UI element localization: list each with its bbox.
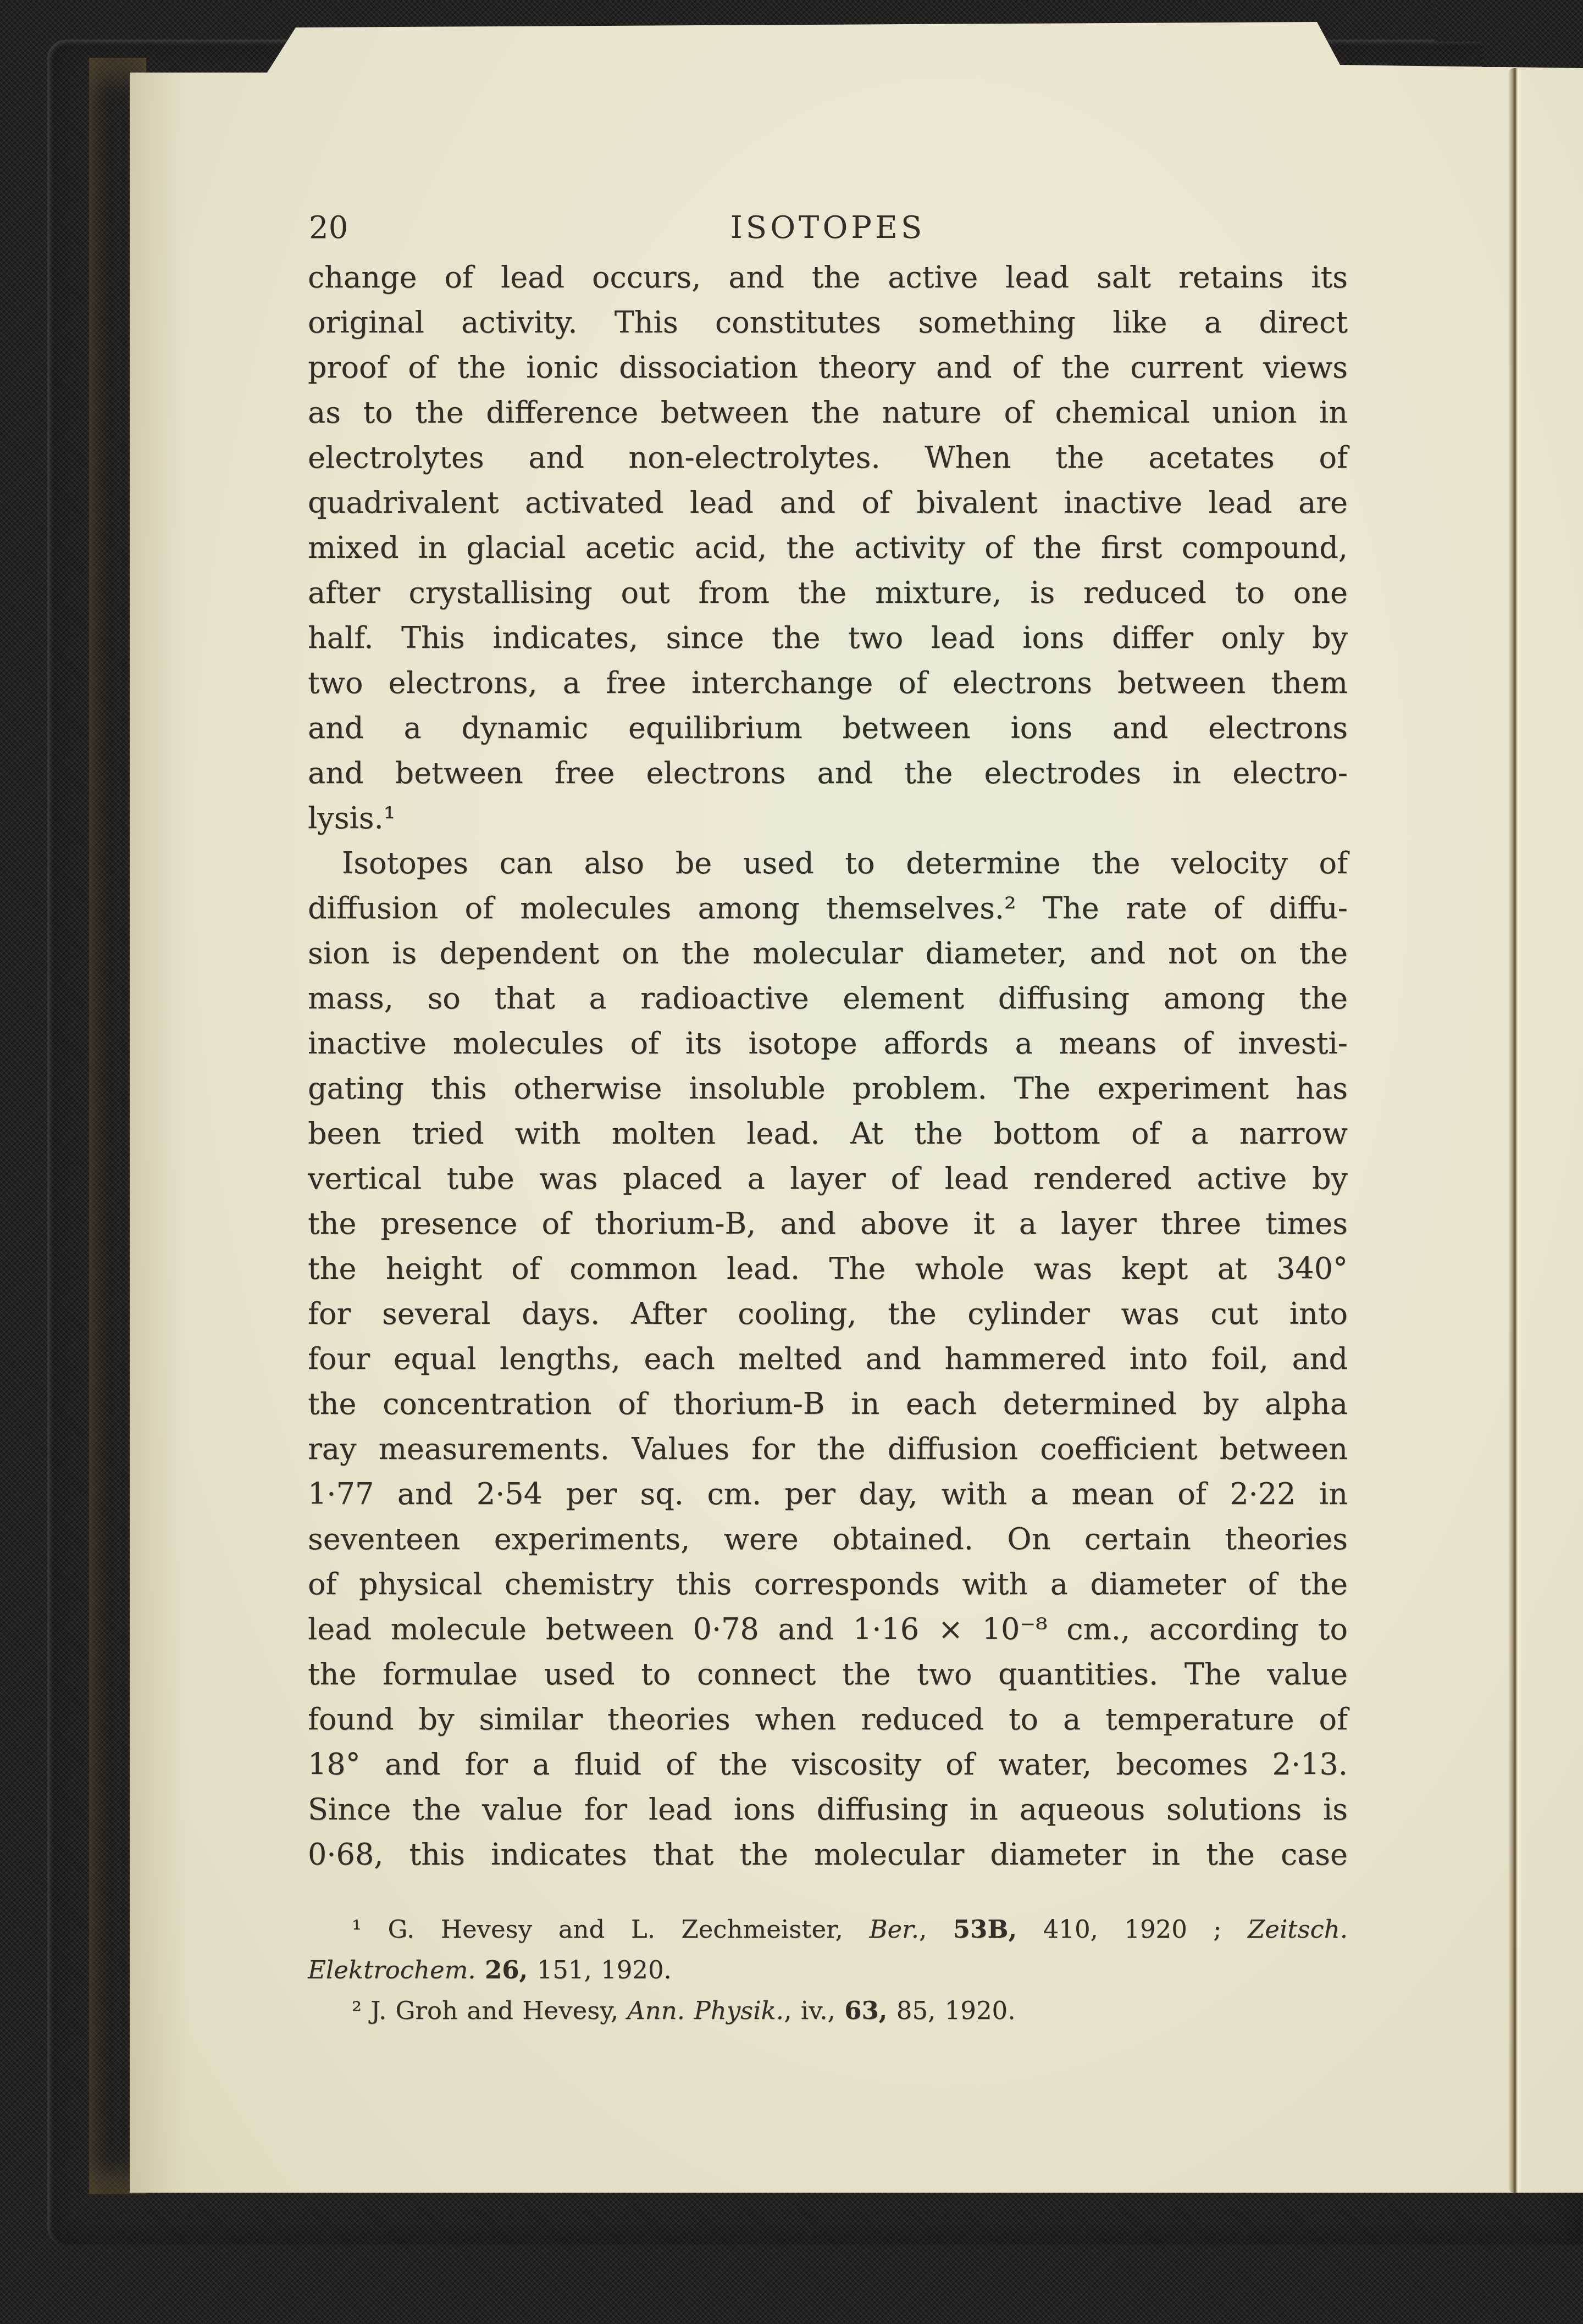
page-header: 20 ISOTOPES [308, 210, 1348, 255]
footnote-text-segment: ¹ G. Hevesy and L. Zechmeister, [352, 1915, 869, 1944]
body-line: after crystallising out from the mixture… [308, 570, 1348, 615]
footnote-text-segment: 53B, [953, 1915, 1017, 1944]
footnotes: ¹ G. Hevesy and L. Zechmeister, Ber., 53… [308, 1909, 1348, 2031]
footnote-text-segment: Elektrochem. [308, 1955, 476, 1984]
footnote-text-segment: Zeitsch. [1248, 1915, 1348, 1944]
body-line: Isotopes can also be used to determine t… [308, 841, 1348, 886]
footnote-text-segment: 63, [844, 1996, 887, 2025]
body-line: lead molecule between 0·78 and 1·16 × 10… [308, 1607, 1348, 1652]
body-line: proof of the ionic dissociation theory a… [308, 345, 1348, 390]
body-line: Since the value for lead ions diffusing … [308, 1787, 1348, 1832]
body-line: mixed in glacial acetic acid, the activi… [308, 525, 1348, 570]
page-content: 20 ISOTOPES change of lead occurs, and t… [308, 210, 1348, 2031]
body-line: as to the difference between the nature … [308, 390, 1348, 435]
body-line: diffusion of molecules among themselves.… [308, 886, 1348, 931]
body-line: seventeen experiments, were obtained. On… [308, 1517, 1348, 1562]
footnote-text-segment: 26, [485, 1955, 528, 1984]
page-crease [1508, 68, 1523, 2193]
footnote-text-segment: Ann. Physik. [627, 1996, 784, 2025]
body-line: the height of common lead. The whole was… [308, 1246, 1348, 1291]
body-line: 18° and for a fluid of the viscosity of … [308, 1742, 1348, 1787]
body-line: 1·77 and 2·54 per sq. cm. per day, with … [308, 1472, 1348, 1517]
body-line: vertical tube was placed a layer of lead… [308, 1156, 1348, 1201]
running-head: ISOTOPES [308, 210, 1348, 246]
body-line: inactive molecules of its isotope afford… [308, 1021, 1348, 1066]
body-text: change of lead occurs, and the active le… [308, 255, 1348, 1877]
body-line: and between free electrons and the elect… [308, 751, 1348, 796]
body-line: of physical chemistry this corresponds w… [308, 1562, 1348, 1607]
body-line: two electrons, a free interchange of ele… [308, 661, 1348, 706]
footnote-line: ¹ G. Hevesy and L. Zechmeister, Ber., 53… [308, 1909, 1348, 1950]
paragraph: Isotopes can also be used to determine t… [308, 841, 1348, 1877]
footnote-text-segment: , [919, 1915, 953, 1944]
footnote-text-segment: 85, 1920. [887, 1996, 1015, 2025]
body-line: 0·68, this indicates that the molecular … [308, 1832, 1348, 1877]
body-line: for several days. After cooling, the cyl… [308, 1291, 1348, 1336]
footnote-text-segment: 151, 1920. [528, 1955, 672, 1984]
footnote-text-segment: ² J. Groh and Hevesy, [352, 1996, 627, 2025]
footnote-text-segment [476, 1955, 485, 1984]
footnote-text-segment: , iv., [784, 1996, 844, 2025]
body-line: and a dynamic equilibrium between ions a… [308, 706, 1348, 751]
body-line: the formulae used to connect the two qua… [308, 1652, 1348, 1697]
footnote-text-segment: Ber. [869, 1915, 919, 1944]
body-line: lysis.¹ [308, 796, 1348, 841]
body-line: found by similar theories when reduced t… [308, 1697, 1348, 1742]
body-line: four equal lengths, each melted and hamm… [308, 1336, 1348, 1382]
body-line: the presence of thorium-B, and above it … [308, 1201, 1348, 1246]
body-line: the concentration of thorium-B in each d… [308, 1382, 1348, 1427]
body-line: sion is dependent on the molecular diame… [308, 931, 1348, 976]
paragraph: change of lead occurs, and the active le… [308, 255, 1348, 841]
body-line: mass, so that a radioactive element diff… [308, 976, 1348, 1021]
footnote-text-segment: 410, 1920 ; [1017, 1915, 1248, 1944]
body-line: change of lead occurs, and the active le… [308, 255, 1348, 300]
body-line: electrolytes and non-electrolytes. When … [308, 435, 1348, 480]
footnote-line: ² J. Groh and Hevesy, Ann. Physik., iv.,… [308, 1990, 1348, 2031]
body-line: original activity. This constitutes some… [308, 300, 1348, 345]
body-line: ray measurements. Values for the diffusi… [308, 1427, 1348, 1472]
body-line: been tried with molten lead. At the bott… [308, 1111, 1348, 1156]
page-number: 20 [309, 210, 348, 246]
footnote-line: Elektrochem. 26, 151, 1920. [308, 1950, 1348, 1990]
scan-canvas: { "colors": { "background_black": "#2422… [0, 0, 1583, 2324]
body-line: half. This indicates, since the two lead… [308, 615, 1348, 661]
body-line: quadrivalent activated lead and of bival… [308, 480, 1348, 525]
body-line: gating this otherwise insoluble problem.… [308, 1066, 1348, 1111]
